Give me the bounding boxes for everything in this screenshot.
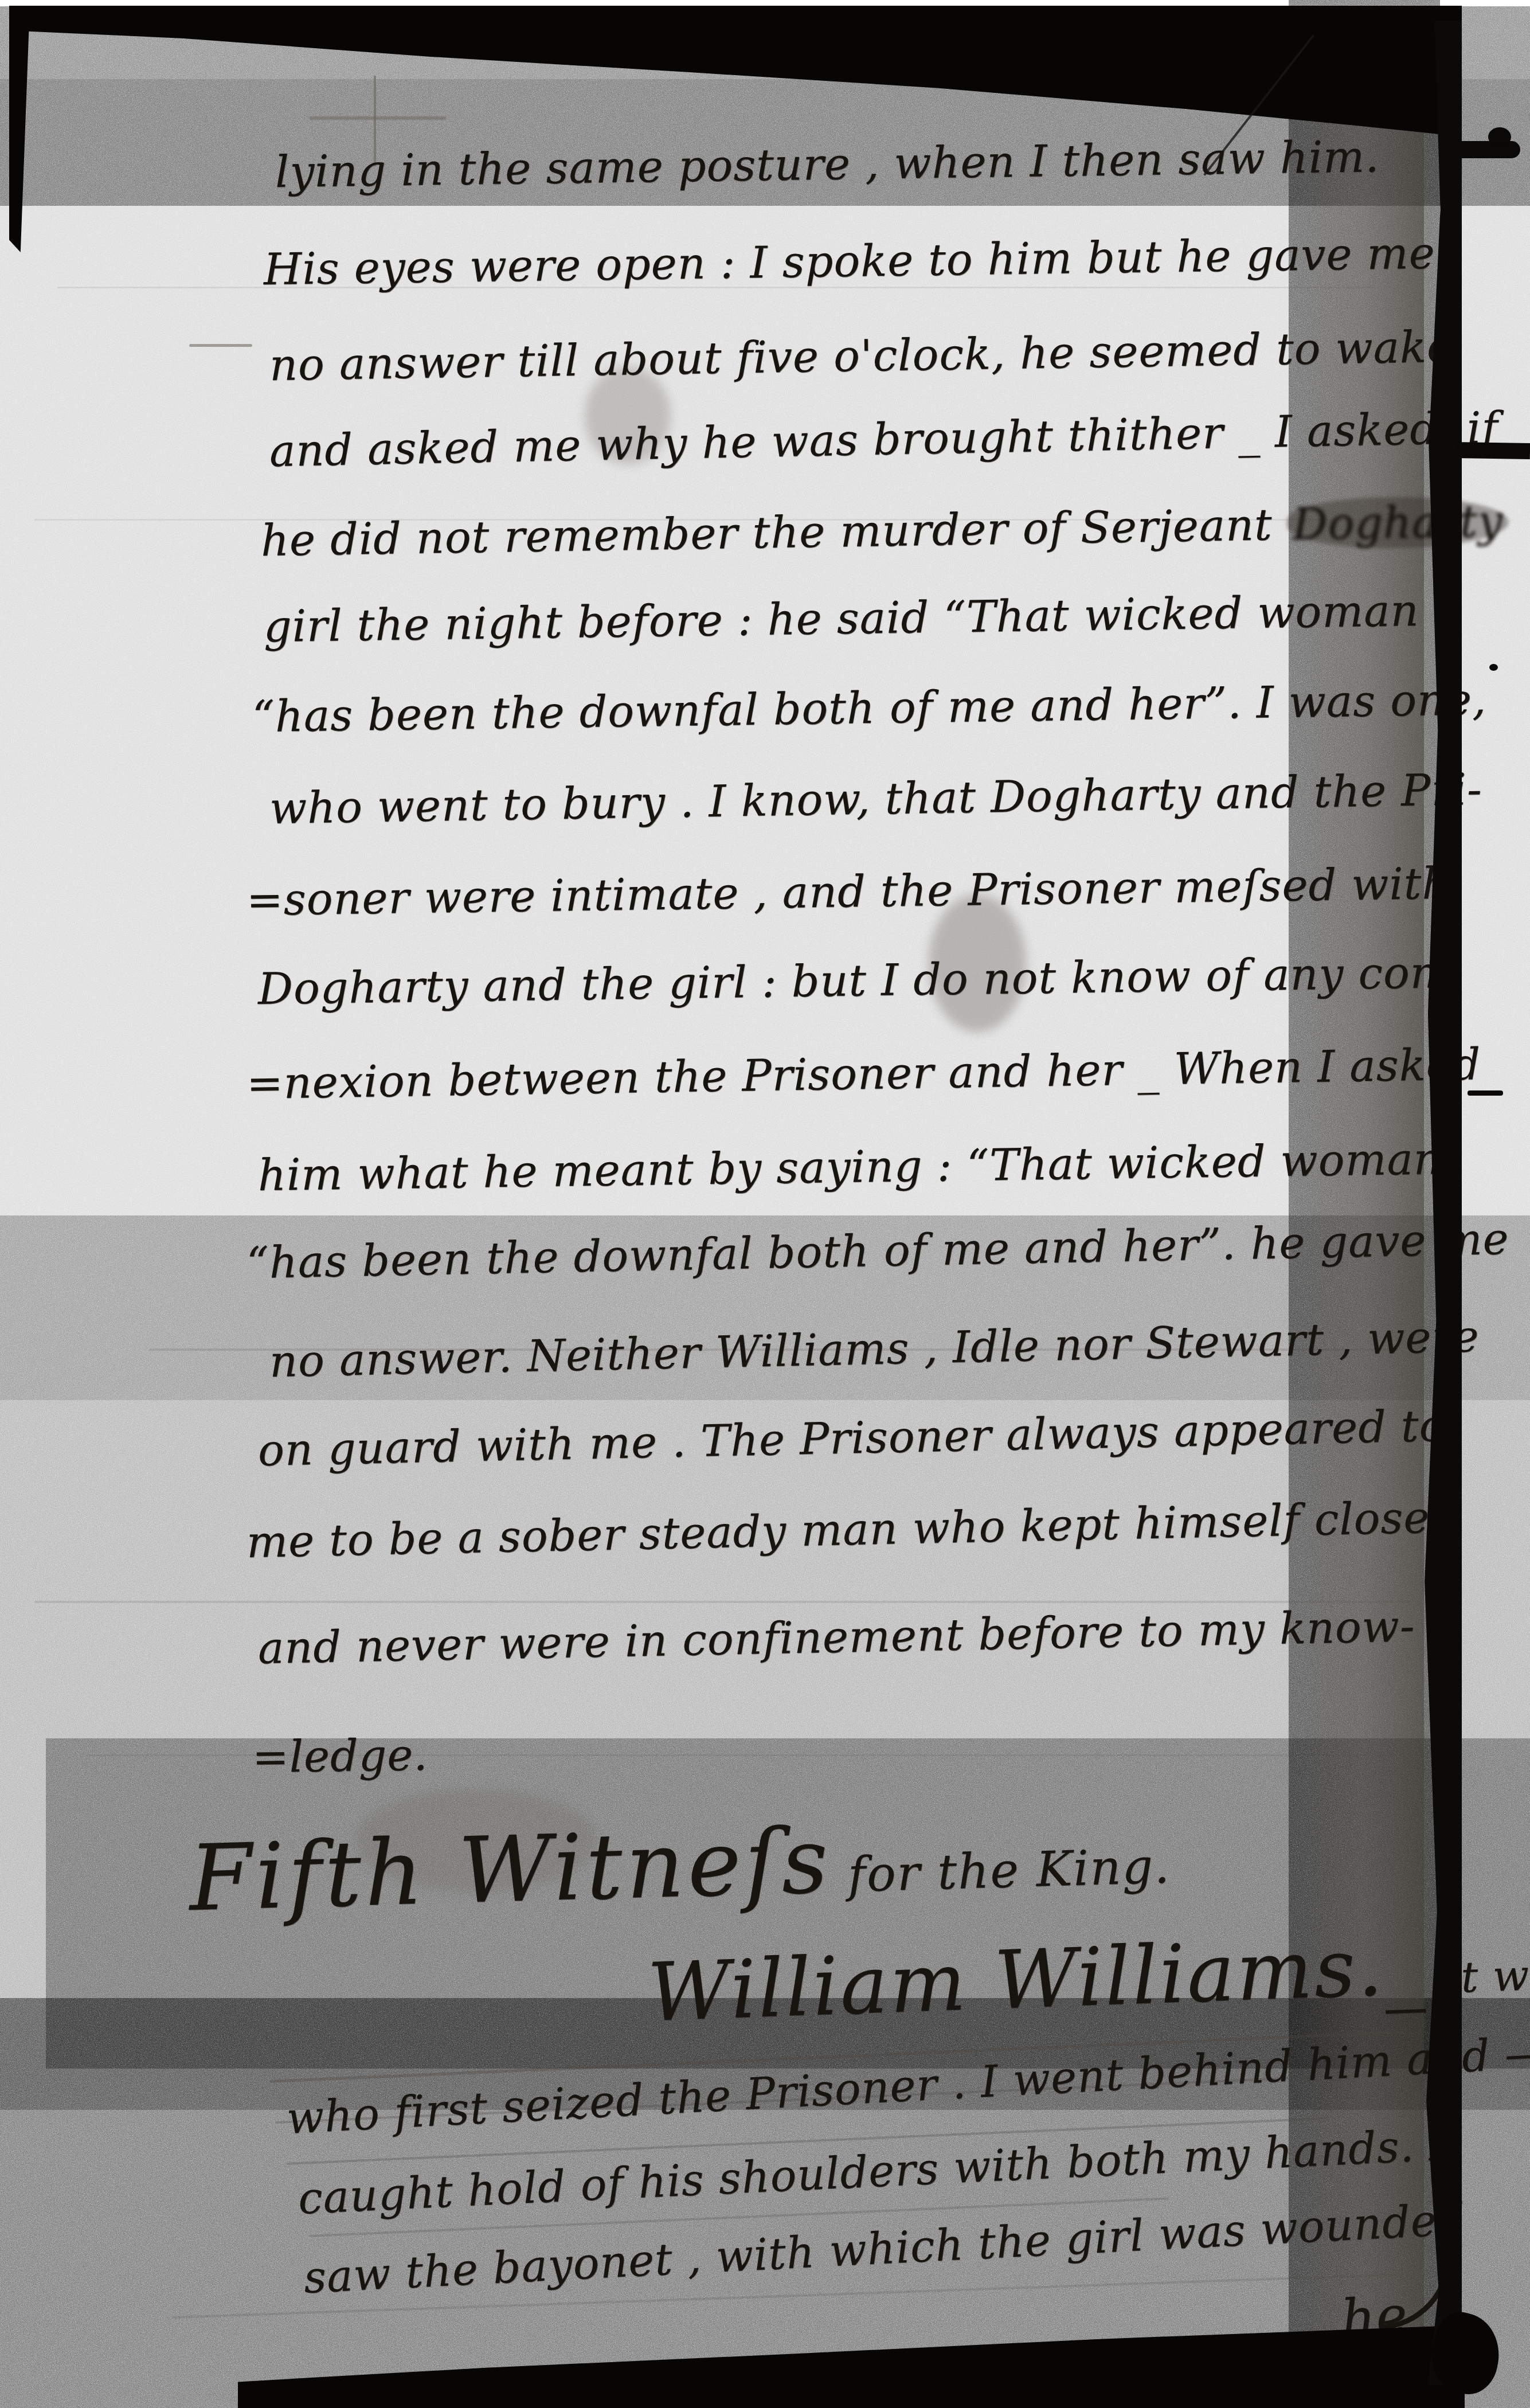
manuscript-page: lying in the same posture , when I then … — [0, 0, 1530, 2408]
witness-heading-main: Fifth Witneſs — [187, 1808, 832, 1932]
ghost-line — [189, 344, 252, 347]
cross-mark-icon — [310, 116, 446, 120]
witness-heading-rest: for the King. — [847, 1838, 1171, 1903]
gutter-dash-icon — [1468, 1090, 1503, 1096]
binding-bar-icon — [1456, 442, 1530, 459]
gutter-speck-icon — [1489, 664, 1498, 671]
ghost-line — [34, 1601, 1410, 1603]
binding-tab-knob-icon — [1488, 127, 1511, 147]
manuscript-line: =ledge. — [252, 1729, 428, 1782]
binding-tab-icon — [1456, 141, 1520, 158]
binding-shadow — [1289, 21, 1424, 2385]
smudged-word: Dogharty — [1286, 495, 1509, 550]
